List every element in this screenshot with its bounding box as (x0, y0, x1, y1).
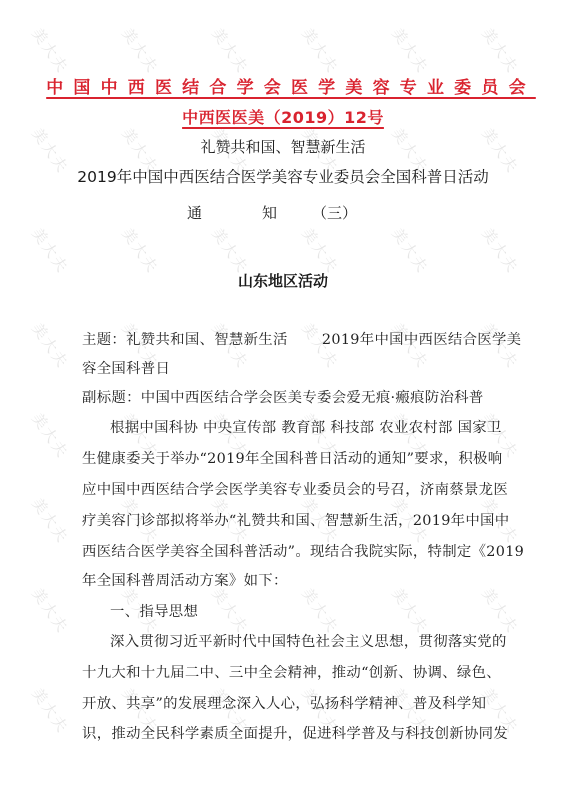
paragraph-line: 生健康委关于举办“2019年全国科普日活动的通知”要求，积极响 (82, 447, 502, 468)
paragraph-line: 开放、共享”的发展理念深入人心，弘扬科学精神、普及科学知 (82, 692, 486, 713)
paragraph-line: 十九大和十九届二中、三中全会精神，推动“创新、协调、绿色、 (82, 661, 501, 682)
event-title: 2019年中国中西医结合医学美容专业委员会全国科普日活动 (0, 165, 566, 187)
slogan: 礼赞共和国、智慧新生活 (0, 136, 566, 157)
org-name-heading: 中国中西医结合学会医学美容专业委员会 (0, 73, 566, 98)
paragraph-line: 深入贯彻习近平新时代中国特色社会主义思想，贯彻落实党的 (110, 630, 507, 651)
paragraph-line: 根据中国科协 中央宣传部 教育部 科技部 农业农村部 国家卫 (110, 416, 502, 437)
notice-title-number: （三） (312, 202, 357, 223)
paragraph-line: 应中国中西医结合学会医学美容专业委员会的号召，济南蔡景龙医 (82, 478, 508, 499)
notice-title-char-2: 知 (262, 202, 277, 223)
paragraph-line: 识，推动全民科学素质全面提升，促进科学普及与科技创新协同发 (82, 722, 508, 743)
theme-line: 主题：礼赞共和国、智慧新生活 2019年中国中西医结合医学美 (82, 328, 521, 349)
paragraph-line: 西医结合医学美容全国科普活动”。现结合我院实际，特制定《2019 (82, 540, 524, 561)
paragraph-line: 疗美容门诊部拟将举办“礼赞共和国、智慧新生活，2019年中国中 (82, 509, 509, 530)
subtitle-line: 副标题：中国中西医结合学会医美专委会爱无痕·瘢痕防治科普 (82, 386, 484, 407)
document-page: 中国中西医结合学会医学美容专业委员会 中西医医美（2019）12号 礼赞共和国、… (0, 0, 566, 800)
paragraph-line: 年全国科普周活动方案》如下： (82, 569, 288, 590)
notice-title-char-1: 通 (187, 202, 202, 223)
theme-line-cont: 容全国科普日 (82, 357, 170, 378)
region-title: 山东地区活动 (0, 270, 566, 291)
section-heading: 一、指导思想 (110, 600, 198, 621)
document-number: 中西医医美（2019）12号 (0, 105, 566, 128)
